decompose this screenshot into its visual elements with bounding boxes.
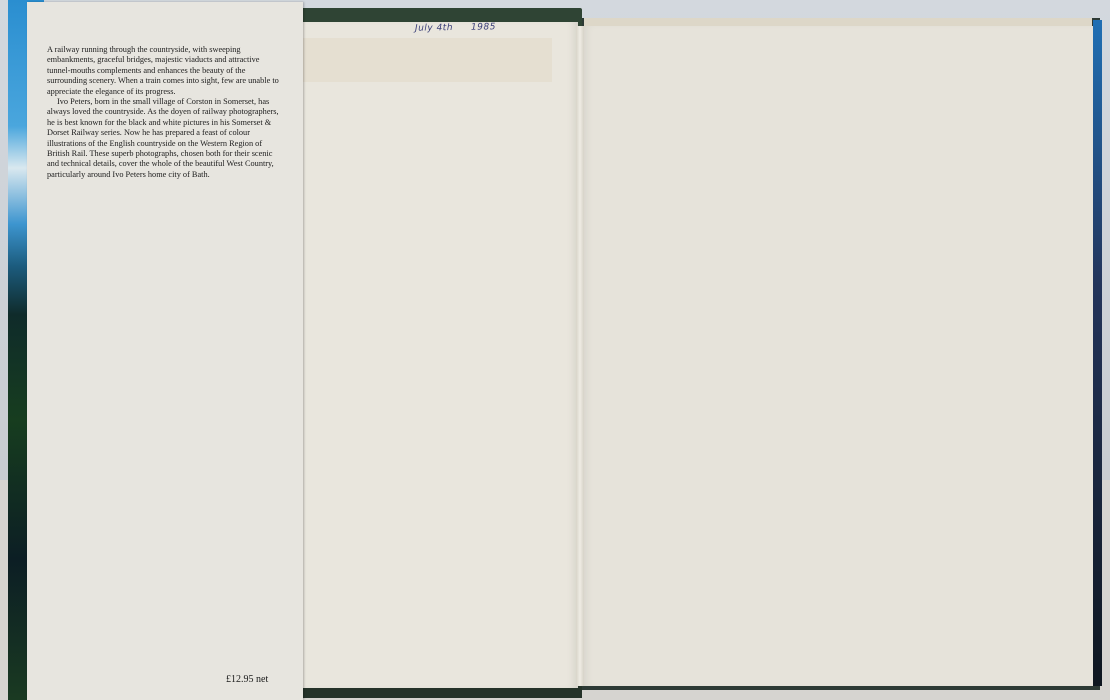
handwritten-inscription: July 4th1985	[415, 22, 496, 33]
flap-blurb: A railway running through the countrysid…	[47, 45, 279, 180]
inscription-date: July 4th	[415, 23, 453, 34]
blurb-paragraph-1: A railway running through the countrysid…	[47, 45, 279, 97]
price-label: £12.95 net	[226, 674, 268, 685]
jacket-right-edge	[1093, 20, 1102, 686]
blurb-paragraph-2: Ivo Peters, born in the small village of…	[47, 97, 279, 180]
endpaper-stain	[302, 38, 552, 82]
inscription-year: 1985	[471, 22, 496, 32]
flyleaf-page	[582, 26, 1094, 686]
jacket-front-flap: A railway running through the countrysid…	[27, 2, 303, 700]
book-gutter	[576, 26, 584, 686]
front-endpaper	[296, 22, 578, 688]
